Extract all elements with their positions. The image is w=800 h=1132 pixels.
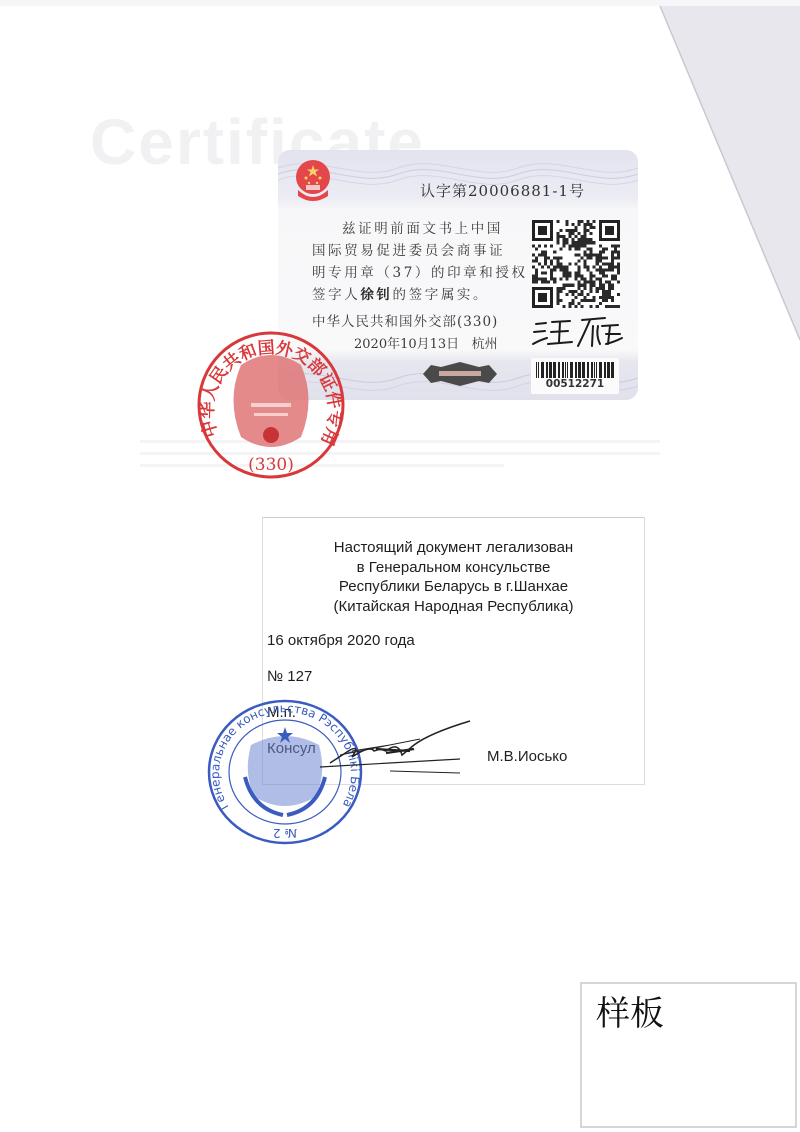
legalization-heading: Настоящий документ легализован в Генерал… [263,538,644,616]
hologram-seal-icon [421,361,499,387]
official-name: М.В.Иосько [487,748,567,765]
statement-prefix: 签字人 [312,287,360,303]
sample-label: 样板 [596,986,664,1035]
officer-signature: 汪雁 [530,312,626,352]
heading-line: Республики Беларусь в г.Шанхае [263,577,644,597]
signatory-name: 徐钊 [360,287,392,303]
red-seal-code: (330) [248,455,294,475]
national-emblem-icon [292,158,334,204]
barcode-label: 00512271 [531,358,619,394]
sample-label-box: 样板 [580,982,797,1128]
mfa-red-seal: 中华人民共和国外交部证件专用章 (330) [196,325,346,485]
statement-line-last: 签字人徐钊的签字属实。 [312,284,530,306]
legalization-number: № 127 [267,668,312,685]
heading-line: в Генеральном консульстве [263,558,644,578]
barcode-number: 00512271 [531,378,619,390]
consul-signature [290,715,480,780]
certification-statement: 兹证明前面文书上中国 国际贸易促进委员会商事证 明专用章（37）的印章和授权 签… [312,218,530,306]
statement-line: 兹证明前面文书上中国 [312,218,530,240]
statement-suffix: 的签字属实。 [393,287,490,303]
barcode-icon [536,362,614,378]
qr-code-icon [532,220,620,308]
heading-line: (Китайская Народная Республика) [263,597,644,617]
statement-line: 明专用章（37）的印章和授权 [312,262,530,284]
issue-city: 杭州 [472,337,498,352]
legalization-date: 16 октября 2020 года [267,632,415,649]
issue-date: 2020年10月13日 [354,337,459,352]
certificate-number: 认字第20006881-1号 [420,180,585,201]
issue-date-line: 2020年10月13日 杭州 [354,333,498,352]
blue-seal-number: № 2 [273,826,297,840]
statement-line: 国际贸易促进委员会商事证 [312,240,530,262]
heading-line: Настоящий документ легализован [263,538,644,558]
